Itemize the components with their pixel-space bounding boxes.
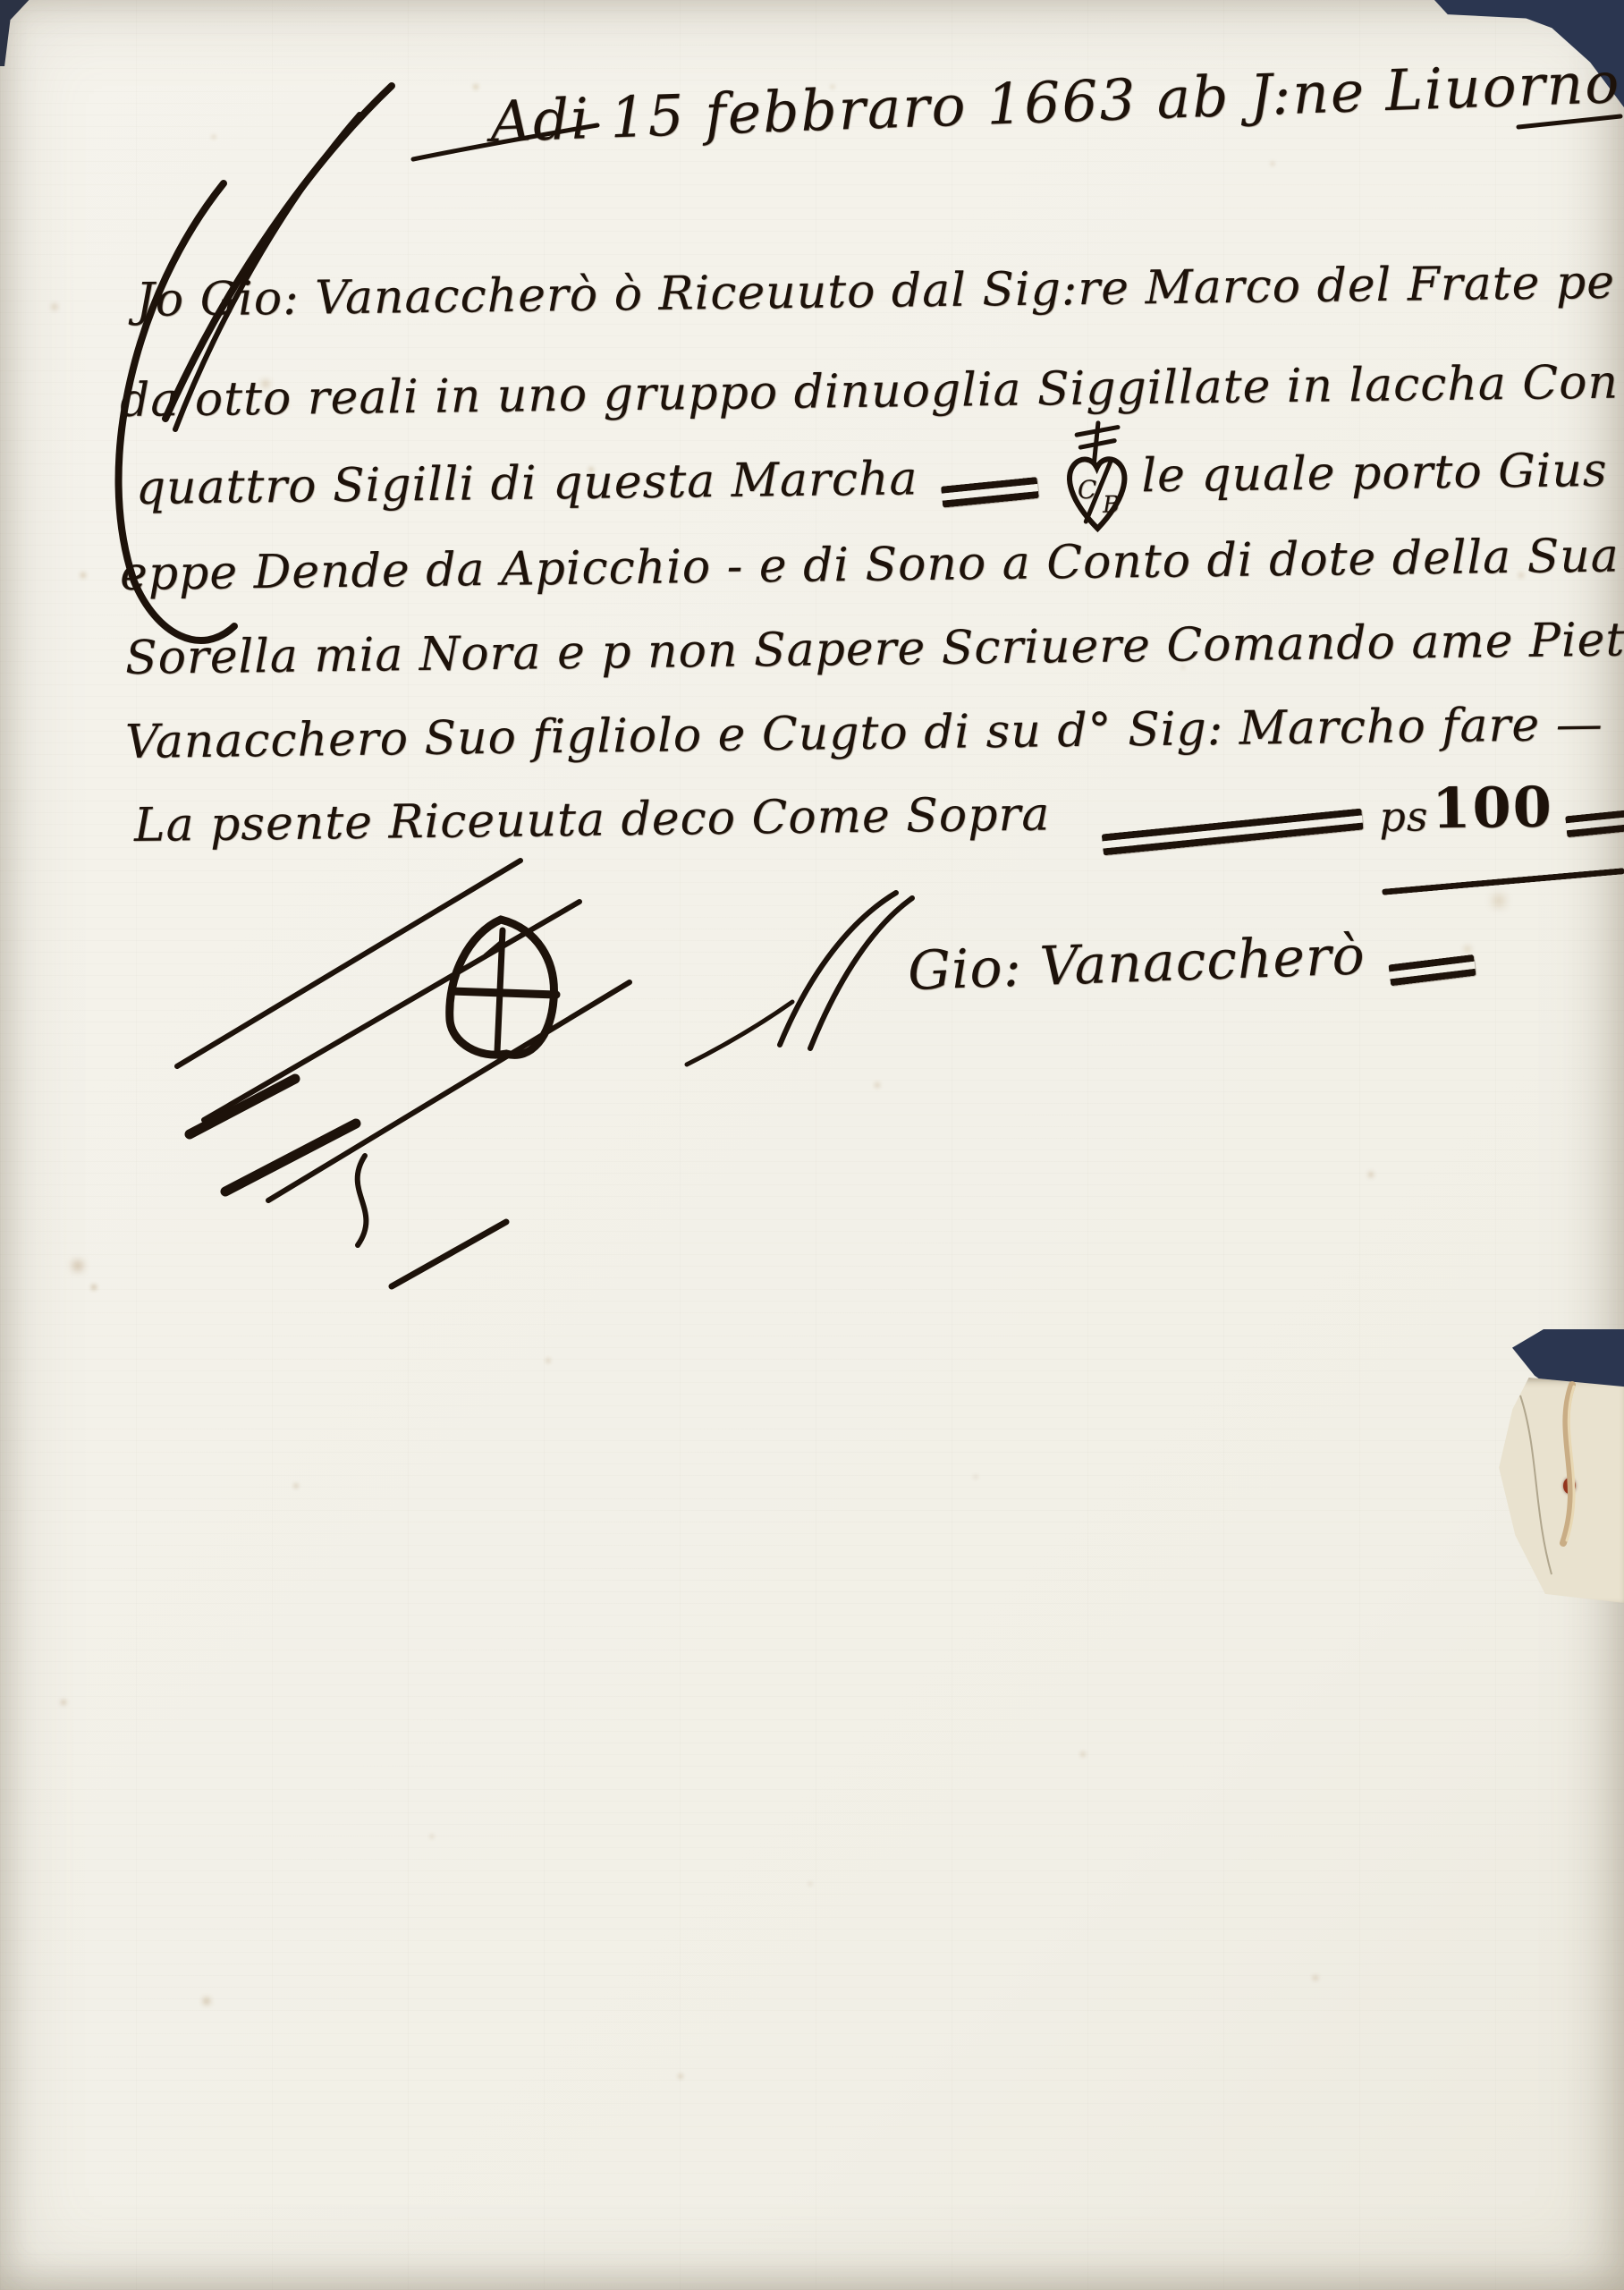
pen-double-rule [941,477,1039,508]
pen-double-rule [1388,954,1476,987]
mark-letter-left: C [1077,475,1097,505]
pen-double-rule [1565,806,1624,837]
body-line-3-right: le quale porto Gius [1141,444,1608,503]
body-line-3-left: quattro Sigilli di questa Marcha [135,452,918,515]
mark-letter-right: B [1102,492,1121,519]
document-scan: Adi 15 febbraro 1663 ab J:ne Liuorno Jo … [0,0,1624,2290]
merchant-mark: C B [1061,419,1134,538]
amount-value: 100 [1432,775,1553,842]
amount-currency-mark: ps [1379,792,1429,841]
wax-spot [1563,1478,1576,1494]
body-line-7-text: La psente Riceuuta deco Come Sopra [134,787,1051,852]
paper-sheet [0,0,1624,2290]
amount: ps 100 [1379,775,1553,842]
